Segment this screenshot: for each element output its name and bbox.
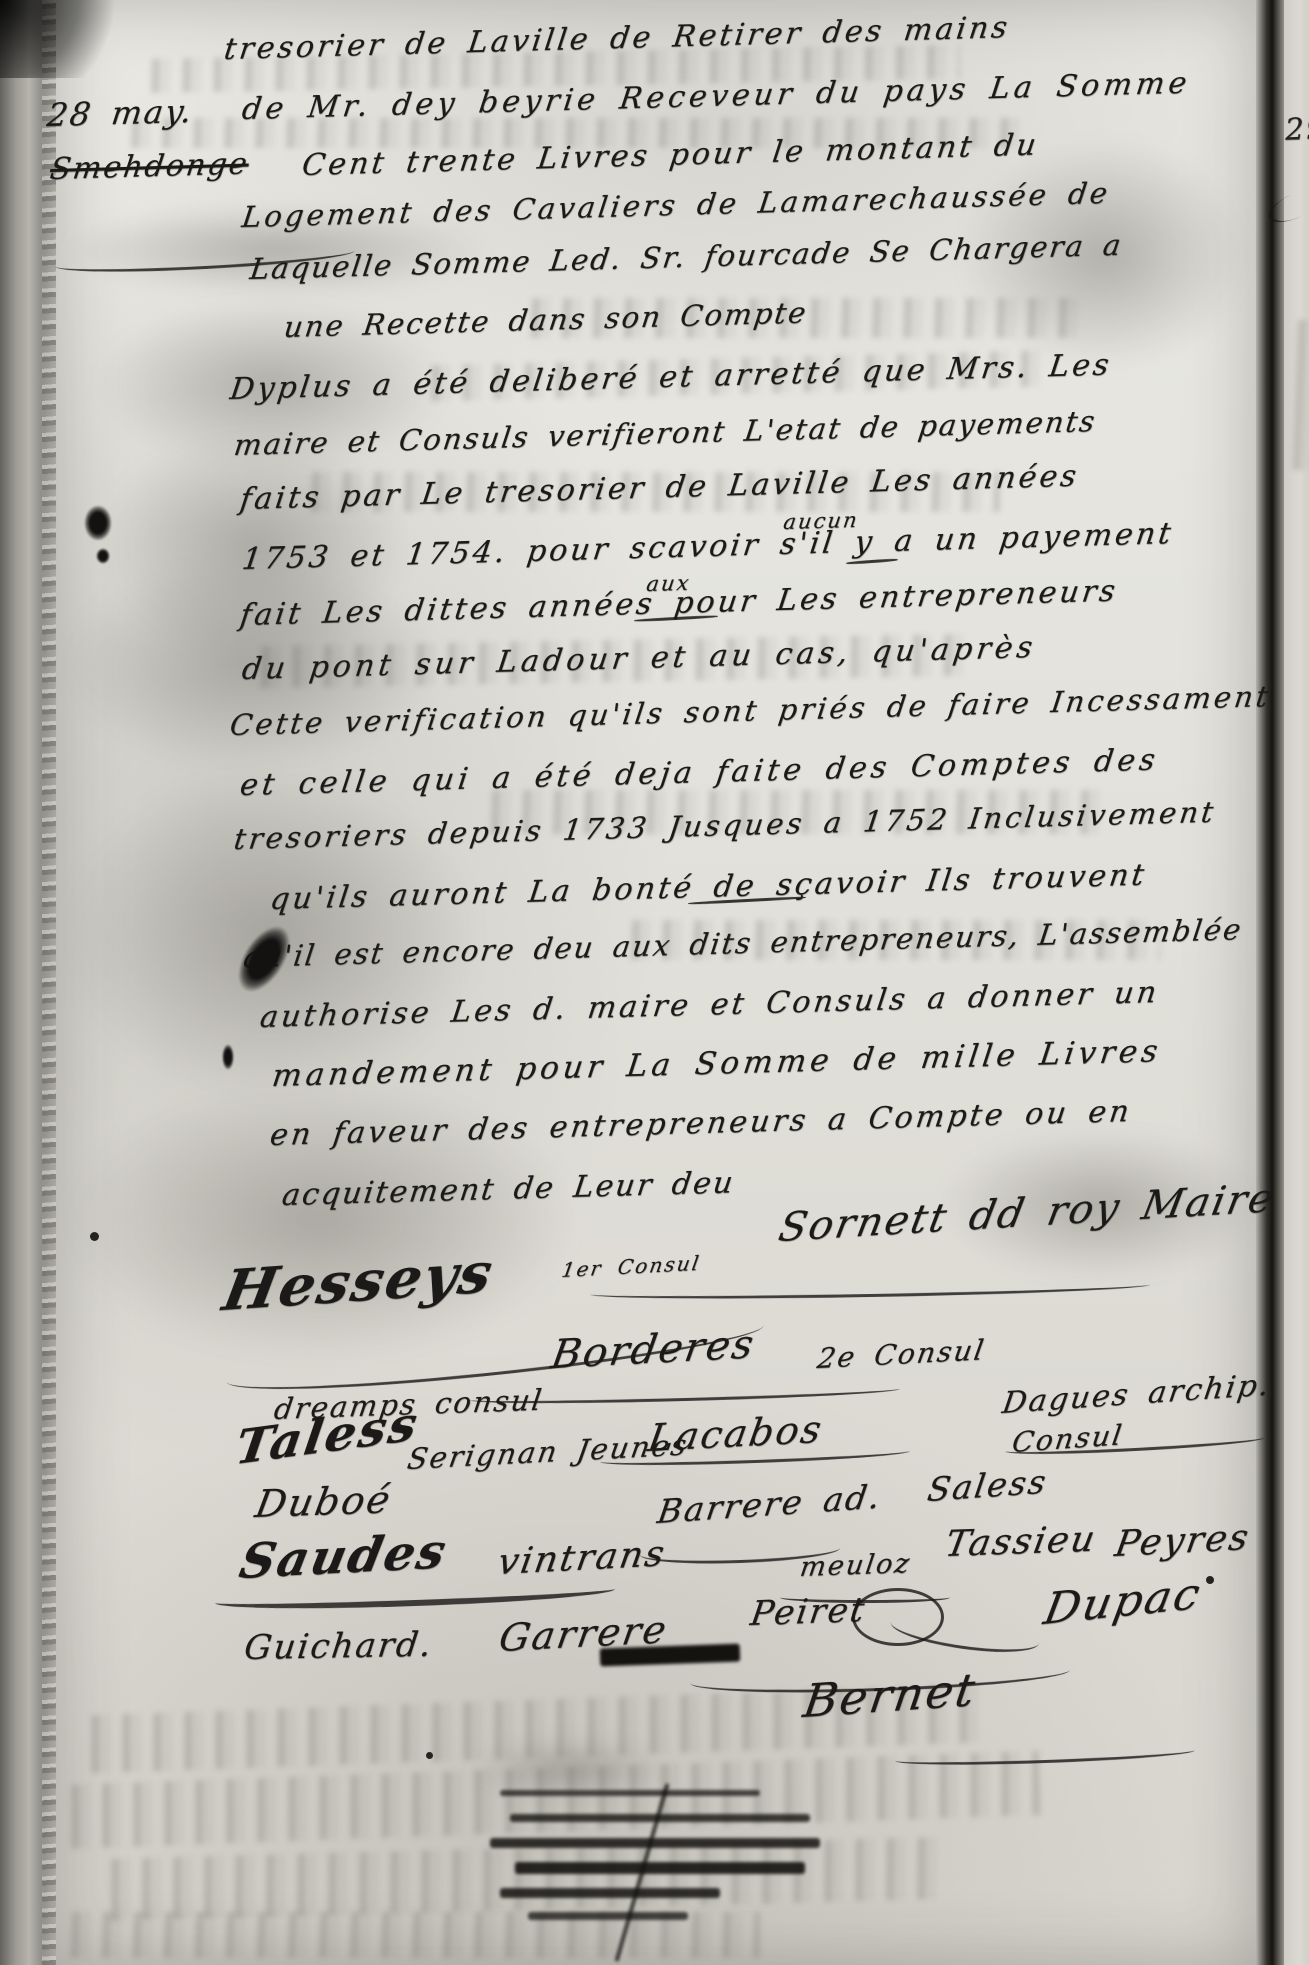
signature: Duboé <box>252 1477 395 1526</box>
signature: Peyres <box>1112 1517 1253 1565</box>
margin-date-annotation: 28 may. <box>45 92 196 134</box>
adjacent-page-edge <box>1284 0 1309 1965</box>
interlinear-insertion-aucun: aucun <box>782 508 860 534</box>
struck-word: Smehdonge <box>48 146 251 187</box>
ink-smudge-halo <box>470 1740 670 1800</box>
adjacent-page-number: 29 <box>1284 111 1309 147</box>
ink-speck <box>90 1232 99 1241</box>
ink-blot <box>84 505 112 541</box>
signature: Guichard. <box>242 1625 435 1668</box>
ink-speck <box>1206 1576 1214 1584</box>
signature: Peiret <box>748 1590 869 1634</box>
ink-smudge-stroke <box>500 1888 720 1898</box>
ink-smudge-stroke <box>515 1862 805 1874</box>
ink-blot <box>96 548 110 564</box>
signature: Saudes <box>235 1523 452 1590</box>
manuscript-scan: 28 may. Smehdonge tresorier de Laville d… <box>0 0 1309 1965</box>
bleedthrough-smear <box>1286 320 1308 470</box>
ink-blot <box>222 1044 234 1070</box>
gutter-shadow <box>1256 0 1284 1965</box>
dark-corner <box>0 0 130 78</box>
ink-smudge-stroke <box>490 1838 820 1848</box>
signature: Tassieu <box>942 1519 1100 1565</box>
ink-speck <box>426 1752 433 1759</box>
signature: meuloz <box>798 1548 913 1583</box>
ink-smudge-stroke <box>528 1912 688 1920</box>
